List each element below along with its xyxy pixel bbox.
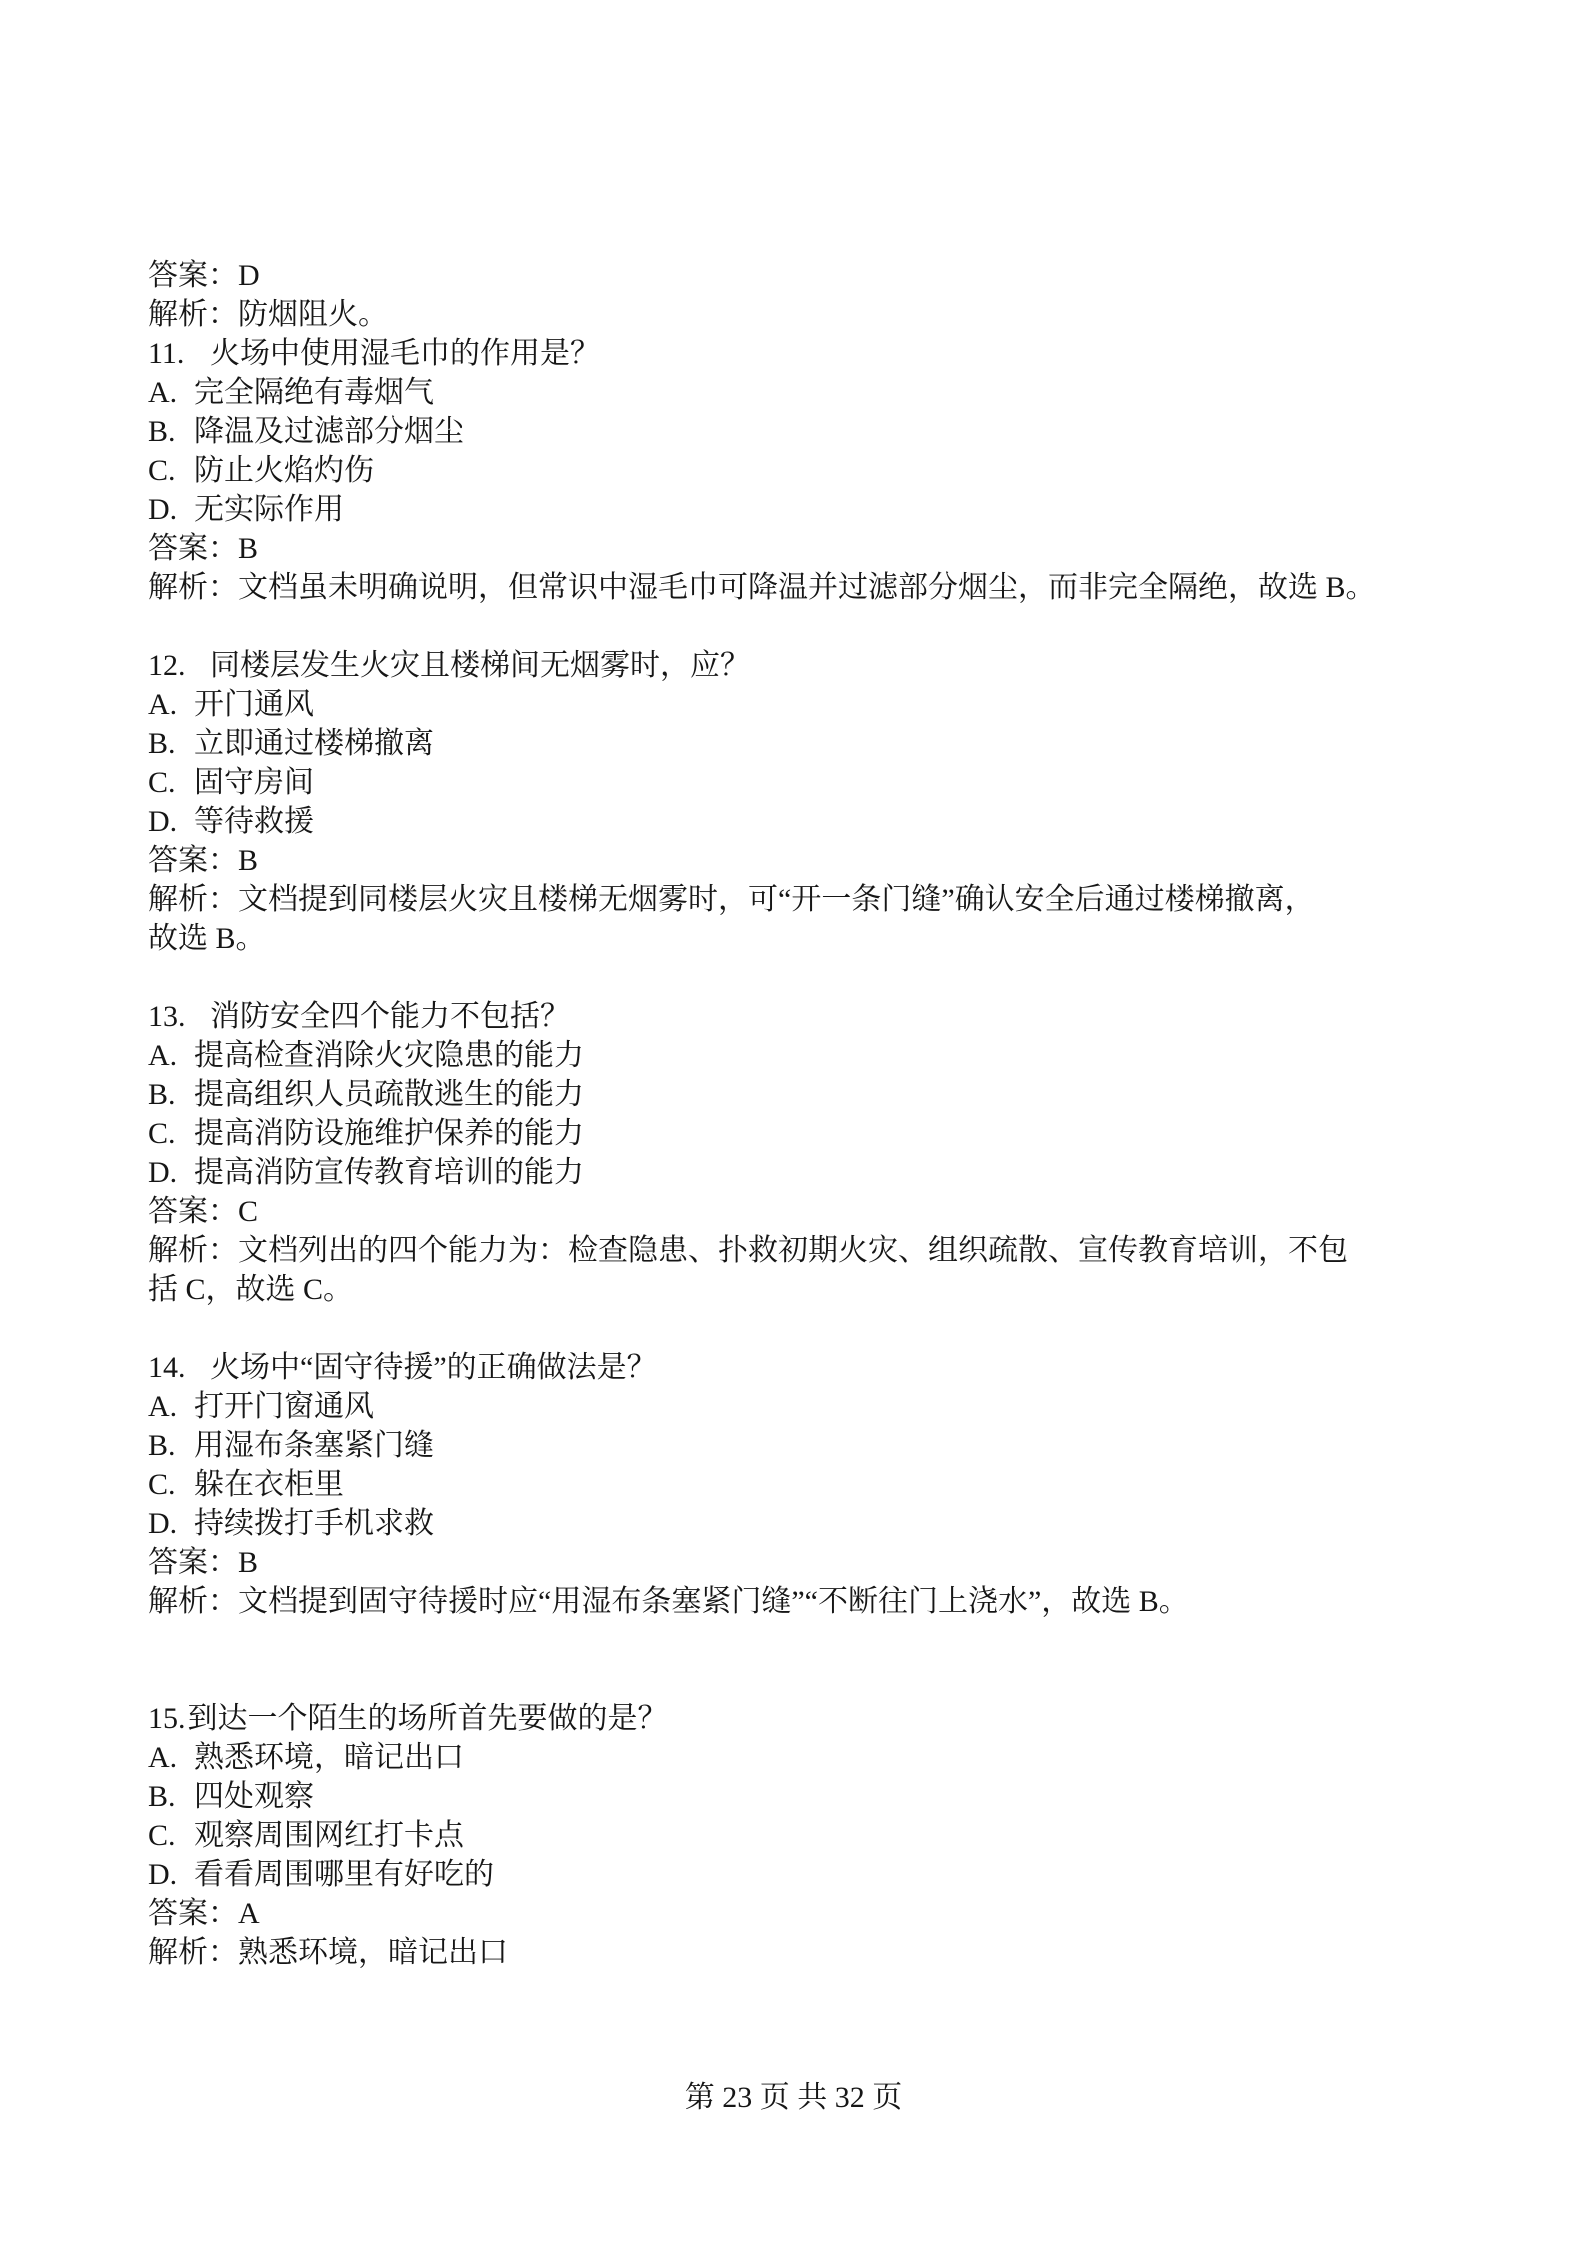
document-content: 答案：D 解析：防烟阻火。 11.火场中使用湿毛巾的作用是？A.完全隔绝有毒烟气… — [148, 256, 1438, 1972]
analysis-label: 解析： — [148, 1234, 238, 1267]
option-line: A.提高检查消除火灾隐患的能力 — [148, 1036, 1438, 1075]
answer-line: 答案：B — [148, 529, 1438, 568]
option-text: 熟悉环境，暗记出口 — [194, 1741, 464, 1774]
analysis-label: 解析： — [148, 571, 238, 604]
option-text: 四处观察 — [194, 1780, 314, 1813]
option-label: C. — [148, 763, 194, 802]
option-text: 观察周围网红打卡点 — [194, 1819, 464, 1852]
option-text: 固守房间 — [194, 766, 314, 799]
previous-question-answer-block: 答案：D 解析：防烟阻火。 — [148, 256, 1438, 334]
analysis-line: 解析：文档虽未明确说明，但常识中湿毛巾可降温并过滤部分烟尘，而非完全隔绝，故选 … — [148, 568, 1438, 607]
question-block: 12.同楼层发生火灾且楼梯间无烟雾时，应？A.开门通风B.立即通过楼梯撤离C.固… — [148, 646, 1438, 958]
page-footer: 第 23 页 共 32 页 — [0, 2078, 1587, 2117]
analysis-continuation-line: 故选 B。 — [148, 919, 1438, 958]
answer-label: 答案： — [148, 532, 238, 565]
option-line: C.防止火焰灼伤 — [148, 451, 1438, 490]
analysis-label: 解析： — [148, 883, 238, 916]
option-label: B. — [148, 724, 194, 763]
option-text: 完全隔绝有毒烟气 — [194, 376, 434, 409]
option-label: A. — [148, 373, 194, 412]
question-block: 11.火场中使用湿毛巾的作用是？A.完全隔绝有毒烟气B.降温及过滤部分烟尘C.防… — [148, 334, 1438, 607]
answer-value: C — [238, 1195, 258, 1228]
question-title: 14.火场中“固守待援”的正确做法是？ — [148, 1348, 1438, 1387]
option-label: C. — [148, 1114, 194, 1153]
analysis-label: 解析： — [148, 1585, 238, 1618]
option-label: D. — [148, 802, 194, 841]
option-label: D. — [148, 490, 194, 529]
option-line: B.四处观察 — [148, 1777, 1438, 1816]
option-label: A. — [148, 685, 194, 724]
answer-label: 答案： — [148, 259, 238, 292]
question-title-text: 到达一个陌生的场所首先要做的是？ — [188, 1702, 668, 1735]
answer-line: 答案：A — [148, 1894, 1438, 1933]
analysis-line: 解析：文档列出的四个能力为：检查隐患、扑救初期火灾、组织疏散、宣传教育培训，不包 — [148, 1231, 1438, 1270]
analysis-text: 防烟阻火。 — [238, 298, 388, 331]
option-text: 降温及过滤部分烟尘 — [194, 415, 464, 448]
analysis-line: 解析：防烟阻火。 — [148, 295, 1438, 334]
option-line: A.熟悉环境，暗记出口 — [148, 1738, 1438, 1777]
question-title-text: 消防安全四个能力不包括？ — [210, 1000, 570, 1033]
page-number-text: 第 23 页 共 32 页 — [685, 2081, 903, 2114]
question-number: 12. — [148, 646, 210, 685]
answer-line: 答案：C — [148, 1192, 1438, 1231]
option-line: C.提高消防设施维护保养的能力 — [148, 1114, 1438, 1153]
question-number: 15. — [148, 1699, 186, 1738]
question-list: 11.火场中使用湿毛巾的作用是？A.完全隔绝有毒烟气B.降温及过滤部分烟尘C.防… — [148, 334, 1438, 1972]
question-number: 11. — [148, 334, 210, 373]
option-label: D. — [148, 1855, 194, 1894]
option-label: C. — [148, 1465, 194, 1504]
option-text: 无实际作用 — [194, 493, 344, 526]
option-text: 提高组织人员疏散逃生的能力 — [194, 1078, 584, 1111]
option-text: 提高消防宣传教育培训的能力 — [194, 1156, 584, 1189]
option-text: 打开门窗通风 — [194, 1390, 374, 1423]
option-line: A.完全隔绝有毒烟气 — [148, 373, 1438, 412]
question-title: 11.火场中使用湿毛巾的作用是？ — [148, 334, 1438, 373]
answer-line: 答案：B — [148, 1543, 1438, 1582]
option-line: C.躲在衣柜里 — [148, 1465, 1438, 1504]
option-label: A. — [148, 1738, 194, 1777]
option-text: 防止火焰灼伤 — [194, 454, 374, 487]
question-title-text: 火场中“固守待援”的正确做法是？ — [210, 1351, 657, 1384]
answer-label: 答案： — [148, 844, 238, 877]
document-page: 答案：D 解析：防烟阻火。 11.火场中使用湿毛巾的作用是？A.完全隔绝有毒烟气… — [0, 0, 1587, 2245]
answer-line: 答案：B — [148, 841, 1438, 880]
option-line: B.降温及过滤部分烟尘 — [148, 412, 1438, 451]
analysis-line: 解析：熟悉环境，暗记出口 — [148, 1933, 1438, 1972]
analysis-text: 熟悉环境，暗记出口 — [238, 1936, 508, 1969]
analysis-continuation-line: 括 C，故选 C。 — [148, 1270, 1438, 1309]
question-block: 13.消防安全四个能力不包括？A.提高检查消除火灾隐患的能力B.提高组织人员疏散… — [148, 997, 1438, 1309]
answer-label: 答案： — [148, 1546, 238, 1579]
option-line: C.固守房间 — [148, 763, 1438, 802]
answer-value: A — [238, 1897, 260, 1930]
option-line: B.立即通过楼梯撤离 — [148, 724, 1438, 763]
analysis-text: 括 C，故选 C。 — [148, 1273, 353, 1306]
answer-label: 答案： — [148, 1897, 238, 1930]
analysis-text: 故选 B。 — [148, 922, 266, 955]
option-line: A.开门通风 — [148, 685, 1438, 724]
option-line: D.提高消防宣传教育培训的能力 — [148, 1153, 1438, 1192]
question-title: 12.同楼层发生火灾且楼梯间无烟雾时，应？ — [148, 646, 1438, 685]
option-label: A. — [148, 1036, 194, 1075]
answer-value: B — [238, 532, 258, 565]
question-number: 14. — [148, 1348, 210, 1387]
question-block: 14.火场中“固守待援”的正确做法是？A.打开门窗通风B.用湿布条塞紧门缝C.躲… — [148, 1348, 1438, 1621]
question-block: 15.到达一个陌生的场所首先要做的是？A.熟悉环境，暗记出口B.四处观察C.观察… — [148, 1699, 1438, 1972]
option-text: 提高检查消除火灾隐患的能力 — [194, 1039, 584, 1072]
analysis-text: 文档虽未明确说明，但常识中湿毛巾可降温并过滤部分烟尘，而非完全隔绝，故选 B。 — [238, 571, 1376, 604]
option-text: 开门通风 — [194, 688, 314, 721]
option-label: A. — [148, 1387, 194, 1426]
option-label: B. — [148, 1426, 194, 1465]
answer-value: D — [238, 259, 260, 292]
question-title-text: 同楼层发生火灾且楼梯间无烟雾时，应？ — [210, 649, 750, 682]
option-label: C. — [148, 451, 194, 490]
option-text: 看看周围哪里有好吃的 — [194, 1858, 494, 1891]
question-title: 15.到达一个陌生的场所首先要做的是？ — [148, 1699, 1438, 1738]
option-label: B. — [148, 412, 194, 451]
analysis-label: 解析： — [148, 1936, 238, 1969]
option-line: D.无实际作用 — [148, 490, 1438, 529]
analysis-line: 解析：文档提到同楼层火灾且楼梯无烟雾时，可“开一条门缝”确认安全后通过楼梯撤离， — [148, 880, 1438, 919]
analysis-text: 文档提到同楼层火灾且楼梯无烟雾时，可“开一条门缝”确认安全后通过楼梯撤离， — [238, 883, 1315, 916]
option-line: C.观察周围网红打卡点 — [148, 1816, 1438, 1855]
option-text: 持续拨打手机求救 — [194, 1507, 434, 1540]
analysis-text: 文档列出的四个能力为：检查隐患、扑救初期火灾、组织疏散、宣传教育培训，不包 — [238, 1234, 1348, 1267]
question-title: 13.消防安全四个能力不包括？ — [148, 997, 1438, 1036]
option-line: A.打开门窗通风 — [148, 1387, 1438, 1426]
option-label: D. — [148, 1153, 194, 1192]
analysis-line: 解析：文档提到固守待援时应“用湿布条塞紧门缝”“不断往门上浇水”，故选 B。 — [148, 1582, 1438, 1621]
answer-value: B — [238, 844, 258, 877]
analysis-label: 解析： — [148, 298, 238, 331]
option-label: D. — [148, 1504, 194, 1543]
option-label: B. — [148, 1075, 194, 1114]
option-line: D.看看周围哪里有好吃的 — [148, 1855, 1438, 1894]
option-text: 立即通过楼梯撤离 — [194, 727, 434, 760]
option-text: 等待救援 — [194, 805, 314, 838]
option-text: 躲在衣柜里 — [194, 1468, 344, 1501]
option-line: B.提高组织人员疏散逃生的能力 — [148, 1075, 1438, 1114]
answer-label: 答案： — [148, 1195, 238, 1228]
answer-line: 答案：D — [148, 256, 1438, 295]
option-text: 用湿布条塞紧门缝 — [194, 1429, 434, 1462]
option-line: D.持续拨打手机求救 — [148, 1504, 1438, 1543]
answer-value: B — [238, 1546, 258, 1579]
analysis-text: 文档提到固守待援时应“用湿布条塞紧门缝”“不断往门上浇水”，故选 B。 — [238, 1585, 1189, 1618]
option-text: 提高消防设施维护保养的能力 — [194, 1117, 584, 1150]
question-title-text: 火场中使用湿毛巾的作用是？ — [210, 337, 600, 370]
option-label: B. — [148, 1777, 194, 1816]
question-number: 13. — [148, 997, 210, 1036]
option-line: D.等待救援 — [148, 802, 1438, 841]
option-label: C. — [148, 1816, 194, 1855]
option-line: B.用湿布条塞紧门缝 — [148, 1426, 1438, 1465]
